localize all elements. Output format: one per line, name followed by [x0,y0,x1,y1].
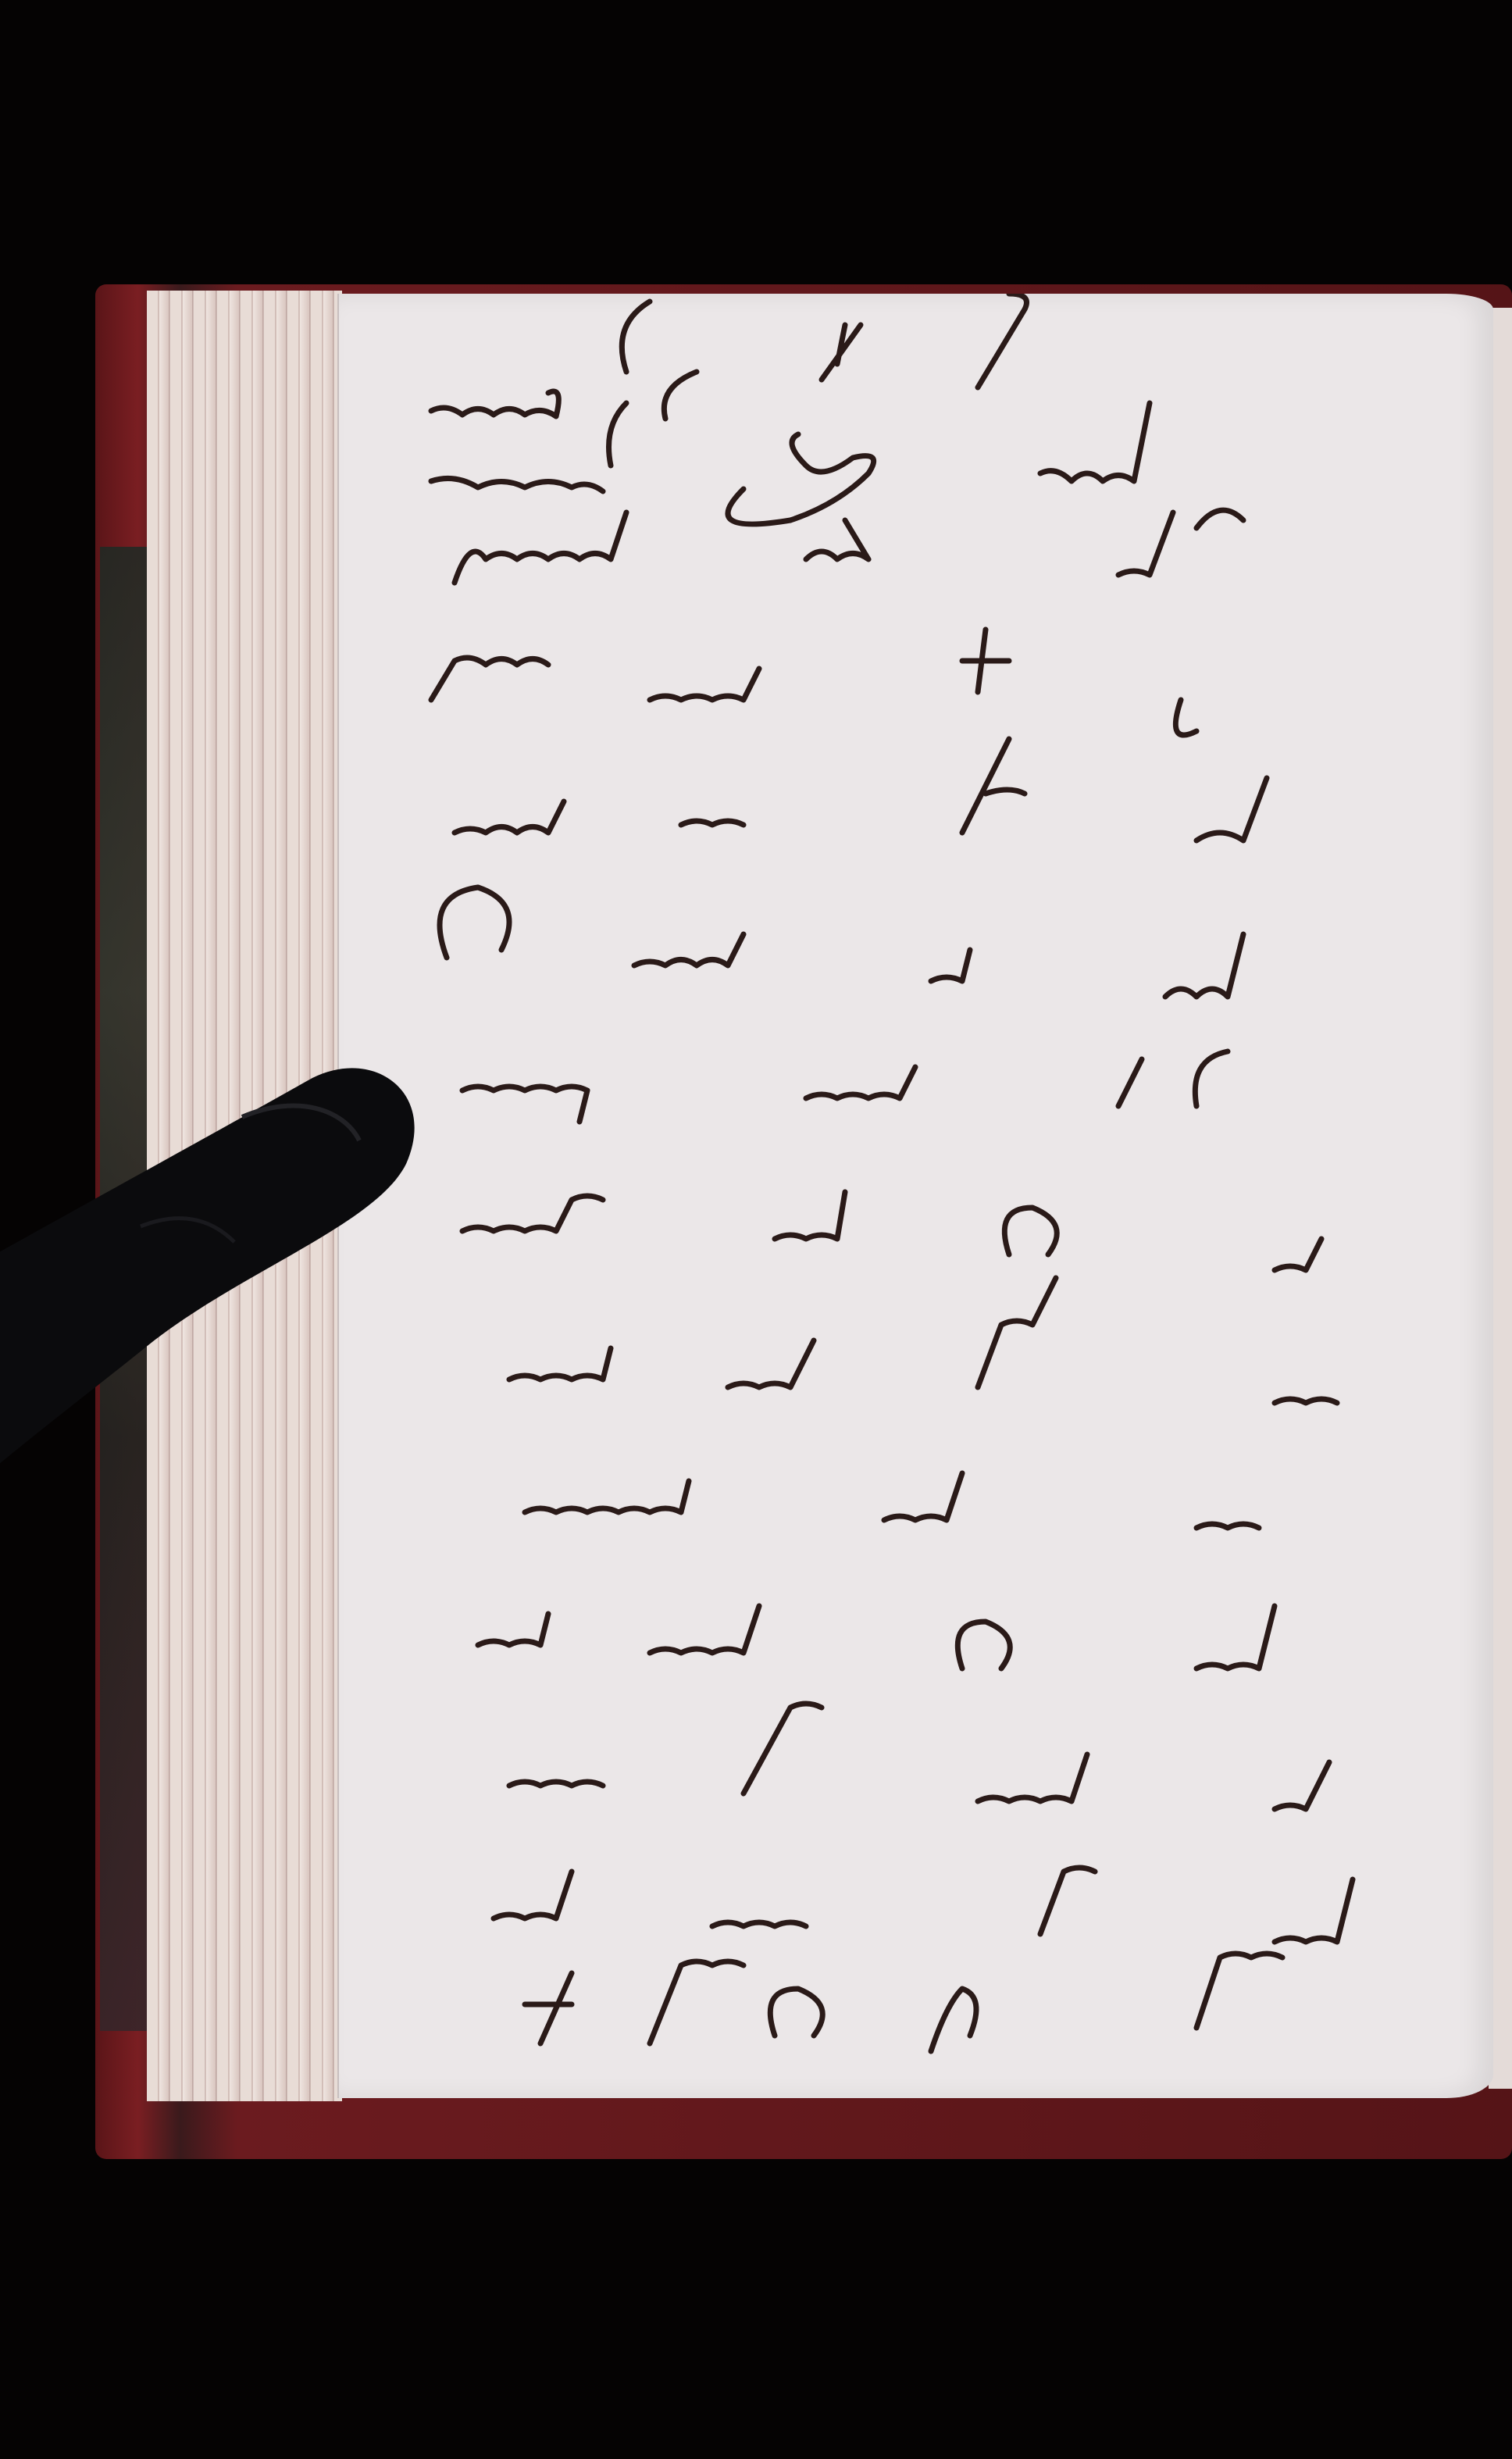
line-13 [494,1868,1353,1942]
line-11 [478,1606,1275,1668]
line-3 [455,510,1243,583]
line-2 [431,403,1150,524]
line-12 [509,1704,1329,1809]
line-10 [525,1473,1259,1528]
line-8 [462,1192,1321,1270]
handwritten-shorthand-text [337,294,1492,2098]
line-14 [525,1954,1282,2051]
line-1 [431,294,1027,419]
line-4 [431,630,1196,735]
line-5 [455,739,1267,840]
line-7 [462,1051,1228,1122]
black-gloved-finger [0,1047,422,1547]
line-9 [509,1278,1337,1403]
line-6 [440,887,1243,997]
